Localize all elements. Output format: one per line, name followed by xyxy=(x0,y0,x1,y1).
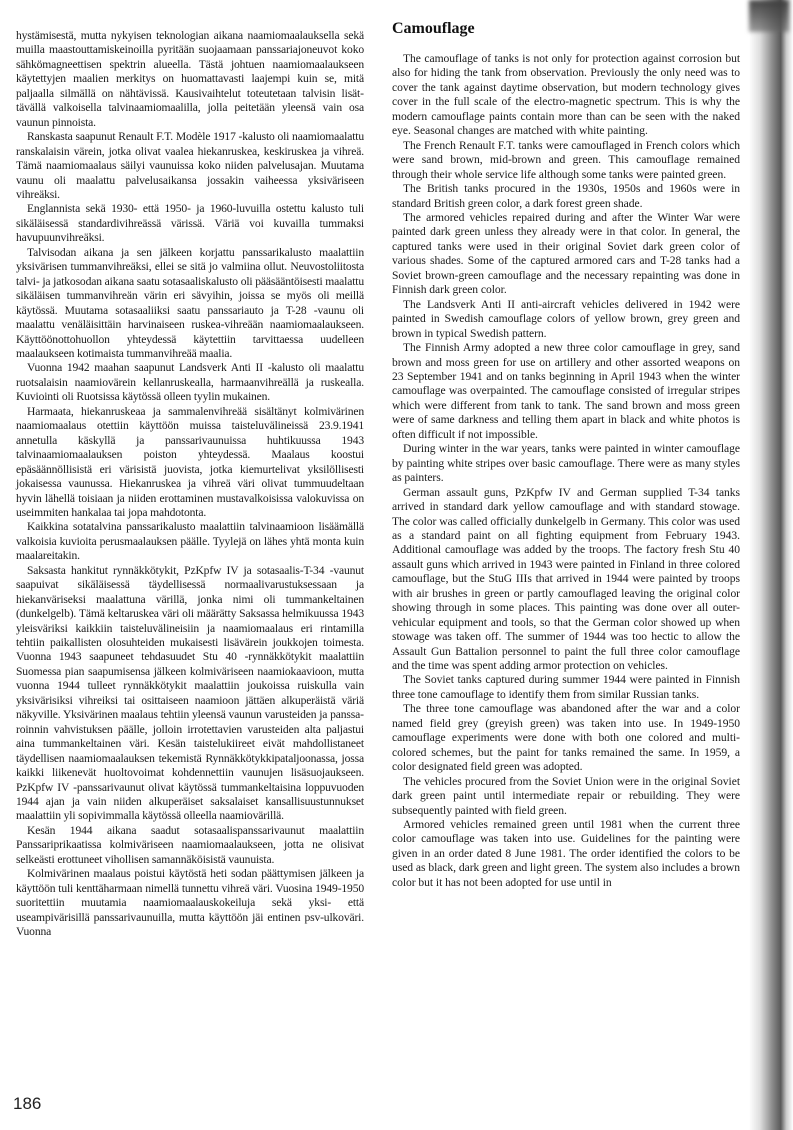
paragraph: German assault guns, PzKpfw IV and Germa… xyxy=(392,486,740,674)
paragraph: The Landsverk Anti II anti-aircraft vehi… xyxy=(392,298,740,341)
paragraph: Harmaata, hiekanruskeaa ja sammalenvihre… xyxy=(16,405,364,521)
paragraph: The vehicles procured from the Soviet Un… xyxy=(392,775,740,818)
paragraph: The armored vehicles repaired during and… xyxy=(392,211,740,298)
finnish-text-column: hystämisestä, mutta nykyisen teknologian… xyxy=(16,29,364,940)
paragraph: hystämisestä, mutta nykyisen teknologian… xyxy=(16,29,364,130)
english-text-column: The camouflage of tanks is not only for … xyxy=(392,52,740,890)
paragraph: The camouflage of tanks is not only for … xyxy=(392,52,740,139)
paragraph: The Soviet tanks captured during summer … xyxy=(392,673,740,702)
paragraph: The Finnish Army adopted a new three col… xyxy=(392,341,740,442)
binding-top-shadow xyxy=(749,0,789,32)
paragraph: Kolmivärinen maalaus poistui käytöstä he… xyxy=(16,867,364,939)
book-page: hystämisestä, mutta nykyisen teknologian… xyxy=(0,0,793,1130)
paragraph: Armored vehicles remained green until 19… xyxy=(392,818,740,890)
paragraph: Kaikkina sotatalvina panssarikalusto maa… xyxy=(16,520,364,563)
paragraph: The British tanks procured in the 1930s,… xyxy=(392,182,740,211)
page-number: 186 xyxy=(13,1094,41,1114)
paragraph: Saksasta hankitut rynnäkkötykit, PzKpfw … xyxy=(16,564,364,824)
paragraph: Englannista sekä 1930- että 1950- ja 196… xyxy=(16,202,364,245)
paragraph: The French Renault F.T. tanks were camou… xyxy=(392,139,740,182)
paragraph: Talvisodan aikana ja sen jälkeen korjatt… xyxy=(16,246,364,362)
paragraph: During winter in the war years, tanks we… xyxy=(392,442,740,485)
paragraph: The three tone camouflage was abandoned … xyxy=(392,702,740,774)
paragraph: Ranskasta saapunut Renault F.T. Modèle 1… xyxy=(16,130,364,202)
book-binding-shadow xyxy=(749,0,793,1130)
paragraph: Vuonna 1942 maahan saapunut Landsverk An… xyxy=(16,361,364,404)
section-heading: Camouflage xyxy=(392,20,475,38)
paragraph: Kesän 1944 aikana saadut sotasaalispanss… xyxy=(16,824,364,867)
